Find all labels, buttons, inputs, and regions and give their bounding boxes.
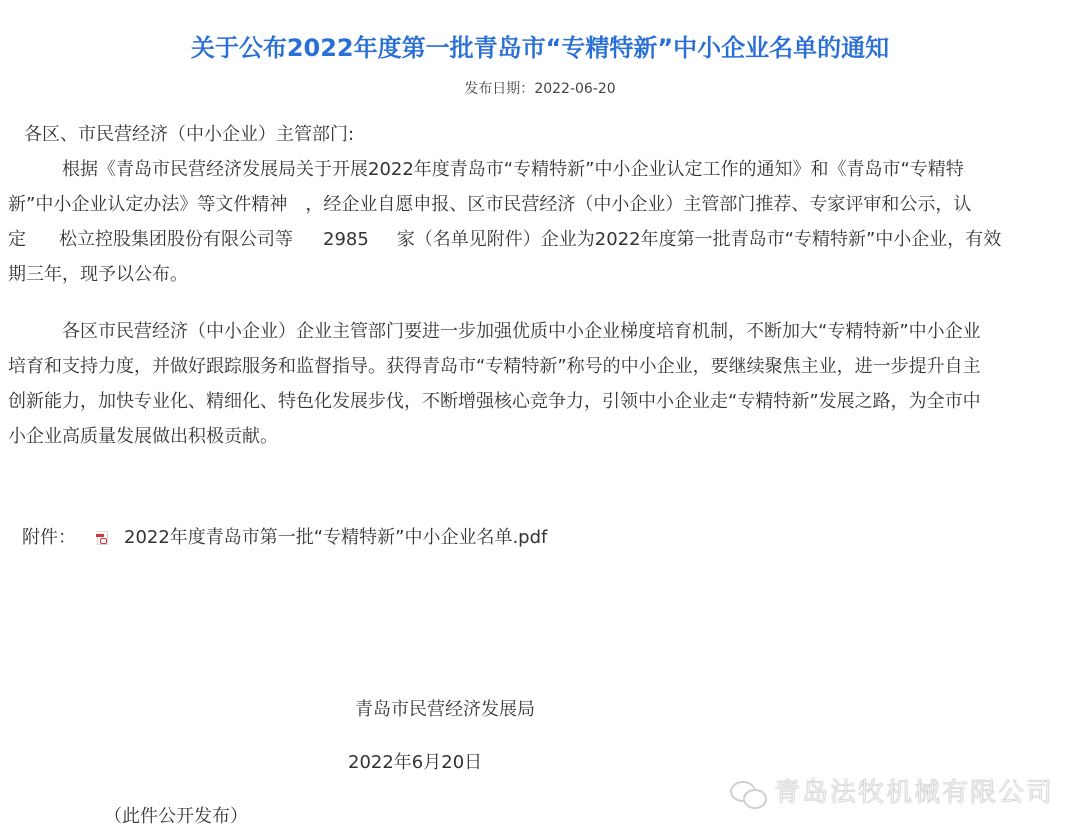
paragraph-2-line: 各区市民营经济（中小企业）企业主管部门要进一步加强优质中小企业梯度培育机制，不断… <box>62 320 981 344</box>
paragraph-1-line: 定松立控股集团股份有限公司等2985家（名单见附件）企业为2022年度第一批青岛… <box>8 228 1001 252</box>
pdf-file-icon <box>96 531 108 545</box>
paragraph-2-line: 小企业高质量发展做出积极贡献。 <box>8 425 278 449</box>
company-example: 松立控股集团股份有限公司等 <box>59 229 293 250</box>
publish-date-value: 2022-06-20 <box>534 81 615 97</box>
text-fragment: 家（名单见附件）企业为2022年度第一批青岛市“专精特新”中小企业，有效 <box>397 229 1001 250</box>
issuer-name: 青岛市民营经济发展局 <box>355 698 535 722</box>
watermark: 青岛法牧机械有限公司 <box>728 772 1054 809</box>
paragraph-1-line: 根据《青岛市民营经济发展局关于开展2022年度青岛市“专精特新”中小企业认定工作… <box>62 158 964 182</box>
publish-date-label: 发布日期： <box>464 81 534 97</box>
paragraph-2-line: 创新能力，加快专业化、精细化、特色化发展步伐，不断增强核心竞争力，引领中小企业走… <box>8 390 981 414</box>
attachment-link[interactable]: 2022年度青岛市第一批“专精特新”中小企业名单.pdf <box>124 527 547 548</box>
attachment-row: 附件：2022年度青岛市第一批“专精特新”中小企业名单.pdf <box>22 526 547 550</box>
disclosure-note: （此件公开发布） <box>104 805 248 829</box>
wechat-icon <box>728 779 768 809</box>
issue-date: 2022年6月20日 <box>348 751 482 775</box>
text-fragment: 定 <box>8 229 26 250</box>
paragraph-1-line: 新”中小企业认定办法》等文件精神 ，经企业自愿申报、区市民营经济（中小企业）主管… <box>8 193 971 217</box>
watermark-text: 青岛法牧机械有限公司 <box>774 778 1054 808</box>
salutation: 各区、市民营经济（中小企业）主管部门: <box>24 123 354 147</box>
attachment-label: 附件： <box>22 527 76 548</box>
paragraph-2-line: 培育和支持力度，并做好跟踪服务和监督指导。获得青岛市“专精特新”称号的中小企业，… <box>8 355 981 379</box>
publish-date: 发布日期：2022-06-20 <box>0 78 1080 98</box>
document-title: 关于公布2022年度第一批青岛市“专精特新”中小企业名单的通知 <box>0 28 1080 63</box>
paragraph-1-line: 期三年，现予以公布。 <box>8 263 188 287</box>
company-count: 2985 <box>323 229 369 250</box>
